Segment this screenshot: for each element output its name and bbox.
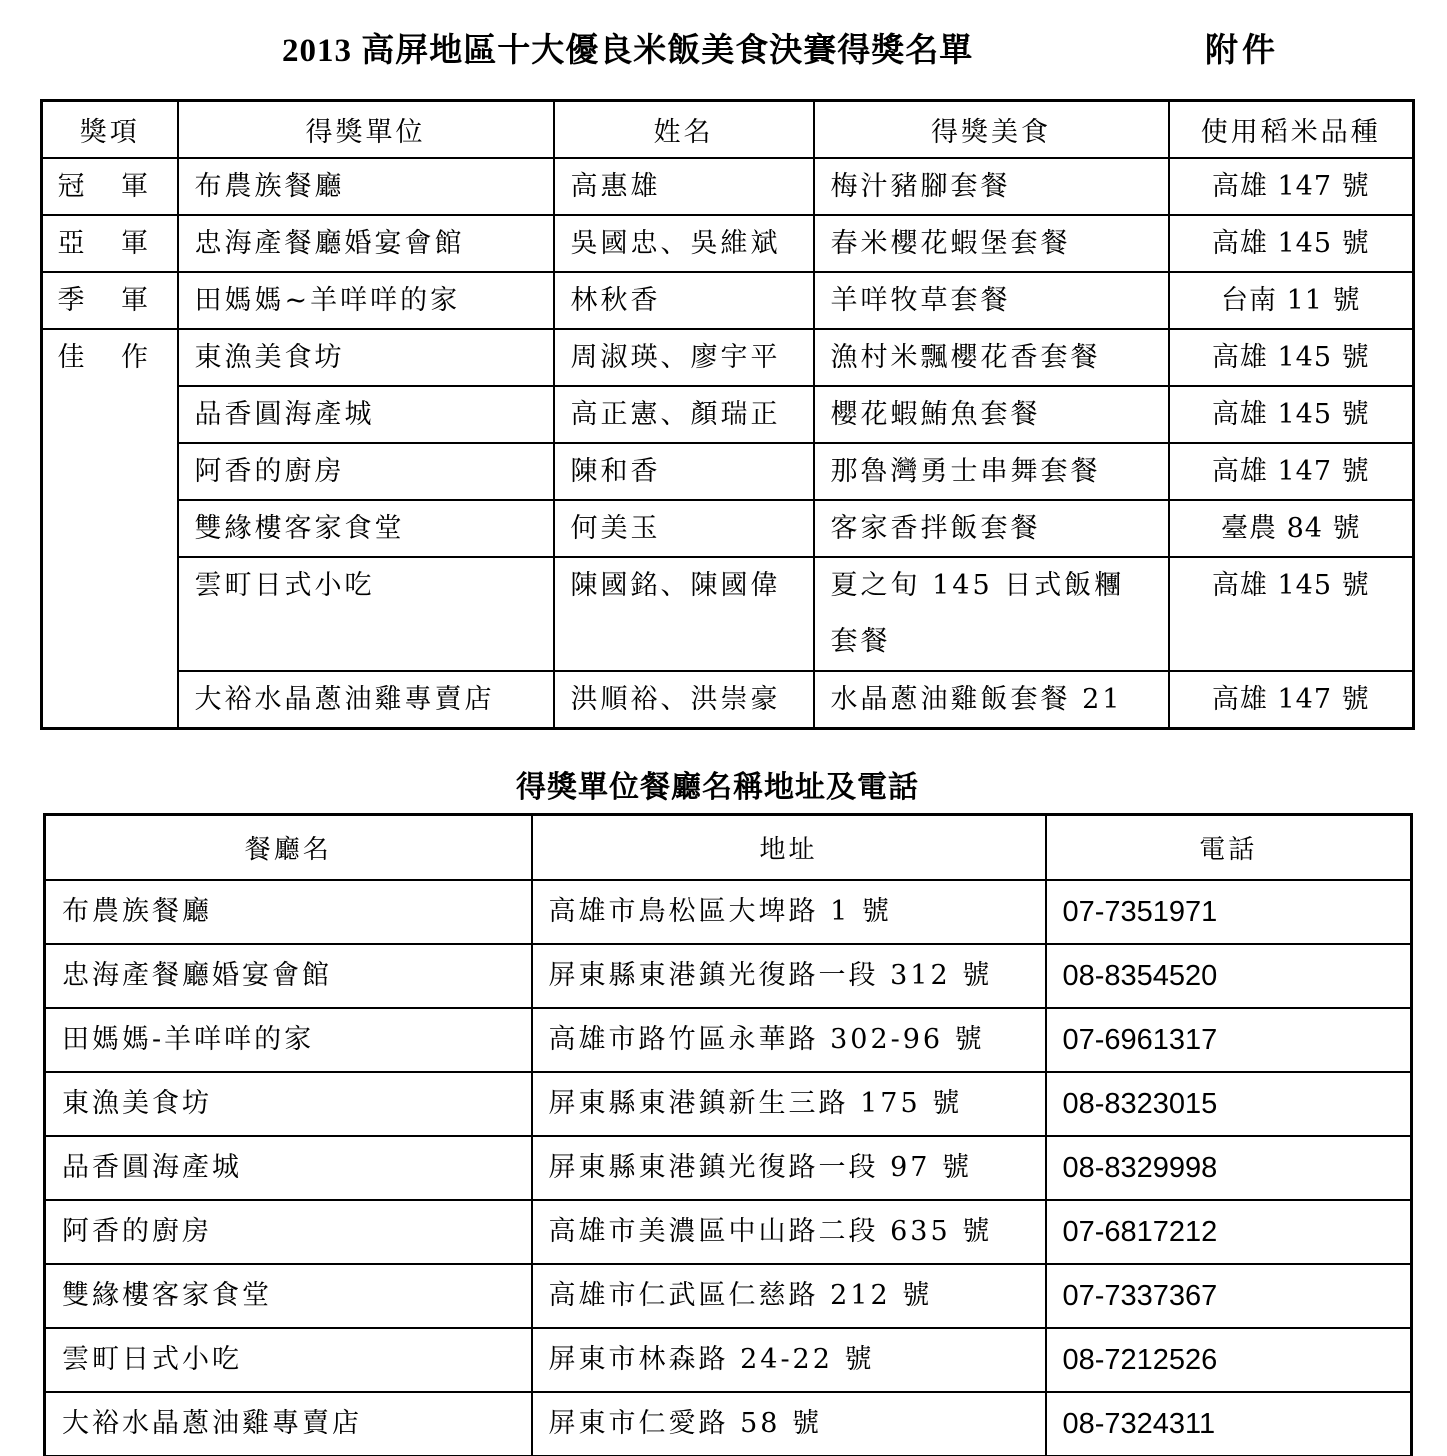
address-cell: 屏東縣東港鎮光復路一段 97 號 <box>532 1136 1046 1200</box>
unit-cell: 大裕水晶蔥油雞專賣店 <box>178 671 554 729</box>
restaurant-name-cell: 大裕水晶蔥油雞專賣店 <box>45 1392 532 1456</box>
unit-cell: 阿香的廚房 <box>178 443 554 500</box>
contacts-section-title: 得獎單位餐廳名稱地址及電話 <box>516 766 919 810</box>
contacts-table: 餐廳名 地址 電話 布農族餐廳 高雄市鳥松區大埤路 1 號 07-7351971… <box>43 813 1413 1456</box>
header-unit: 得獎單位 <box>178 101 554 159</box>
table-row: 田媽媽-羊咩咩的家 高雄市路竹區永華路 302-96 號 07-6961317 <box>45 1008 1412 1072</box>
unit-cell: 忠海產餐廳婚宴會館 <box>178 215 554 272</box>
restaurant-name-cell: 品香圓海產城 <box>45 1136 532 1200</box>
dish-cell: 漁村米飄櫻花香套餐 <box>814 329 1169 386</box>
names-cell: 洪順裕、洪崇豪 <box>554 671 814 729</box>
restaurant-name-cell: 阿香的廚房 <box>45 1200 532 1264</box>
table-row: 布農族餐廳 高雄市鳥松區大埤路 1 號 07-7351971 <box>45 880 1412 944</box>
dish-cell: 客家香拌飯套餐 <box>814 500 1169 557</box>
names-cell: 陳國銘、陳國偉 <box>554 557 814 671</box>
restaurant-name-cell: 田媽媽-羊咩咩的家 <box>45 1008 532 1072</box>
rice-cell: 高雄 147 號 <box>1169 443 1414 500</box>
phone-cell: 07-7337367 <box>1046 1264 1412 1328</box>
address-cell: 高雄市仁武區仁慈路 212 號 <box>532 1264 1046 1328</box>
award-cell-honorable-mention: 佳 作 <box>42 329 178 729</box>
header-restaurant-name: 餐廳名 <box>45 815 532 881</box>
dish-cell: 水晶蔥油雞飯套餐 21 <box>814 671 1169 729</box>
rice-cell: 臺農 84 號 <box>1169 500 1414 557</box>
document-title: 2013 高屏地區十大優良米飯美食決賽得獎名單 <box>282 26 973 76</box>
names-cell: 何美玉 <box>554 500 814 557</box>
address-cell: 高雄市鳥松區大埤路 1 號 <box>532 880 1046 944</box>
rice-cell: 高雄 145 號 <box>1169 386 1414 443</box>
header-rice: 使用稻米品種 <box>1169 101 1414 159</box>
dish-cell: 梅汁豬腳套餐 <box>814 158 1169 215</box>
names-cell: 吳國忠、吳維斌 <box>554 215 814 272</box>
restaurant-name-cell: 忠海產餐廳婚宴會館 <box>45 944 532 1008</box>
awards-header-row: 獎項 得獎單位 姓名 得獎美食 使用稻米品種 <box>42 101 1414 159</box>
names-cell: 高正憲、顏瑞正 <box>554 386 814 443</box>
table-row: 阿香的廚房 高雄市美濃區中山路二段 635 號 07-6817212 <box>45 1200 1412 1264</box>
rice-cell: 台南 11 號 <box>1169 272 1414 329</box>
table-row: 大裕水晶蔥油雞專賣店 洪順裕、洪崇豪 水晶蔥油雞飯套餐 21 高雄 147 號 <box>42 671 1414 729</box>
unit-cell: 雲町日式小吃 <box>178 557 554 671</box>
rice-cell: 高雄 145 號 <box>1169 329 1414 386</box>
attachment-label: 附件 <box>1205 26 1279 76</box>
phone-cell: 08-8329998 <box>1046 1136 1412 1200</box>
address-cell: 屏東市林森路 24-22 號 <box>532 1328 1046 1392</box>
table-row: 大裕水晶蔥油雞專賣店 屏東市仁愛路 58 號 08-7324311 <box>45 1392 1412 1456</box>
unit-cell: 布農族餐廳 <box>178 158 554 215</box>
header-award: 獎項 <box>42 101 178 159</box>
phone-cell: 08-7324311 <box>1046 1392 1412 1456</box>
header-address: 地址 <box>532 815 1046 881</box>
table-row: 品香圓海產城 屏東縣東港鎮光復路一段 97 號 08-8329998 <box>45 1136 1412 1200</box>
phone-cell: 08-7212526 <box>1046 1328 1412 1392</box>
rice-cell: 高雄 147 號 <box>1169 158 1414 215</box>
contacts-section-title-bar: 得獎單位餐廳名稱地址及電話 <box>0 766 1447 810</box>
award-cell: 冠 軍 <box>42 158 178 215</box>
unit-cell: 東漁美食坊 <box>178 329 554 386</box>
unit-cell: 田媽媽~羊咩咩的家 <box>178 272 554 329</box>
restaurant-name-cell: 雲町日式小吃 <box>45 1328 532 1392</box>
dish-cell: 那魯灣勇士串舞套餐 <box>814 443 1169 500</box>
restaurant-name-cell: 布農族餐廳 <box>45 880 532 944</box>
award-cell: 亞 軍 <box>42 215 178 272</box>
address-cell: 高雄市美濃區中山路二段 635 號 <box>532 1200 1046 1264</box>
phone-cell: 07-7351971 <box>1046 880 1412 944</box>
address-cell: 高雄市路竹區永華路 302-96 號 <box>532 1008 1046 1072</box>
awards-table: 獎項 得獎單位 姓名 得獎美食 使用稻米品種 冠 軍 布農族餐廳 高惠雄 梅汁豬… <box>40 99 1415 730</box>
names-cell: 林秋香 <box>554 272 814 329</box>
names-cell: 陳和香 <box>554 443 814 500</box>
table-row: 冠 軍 布農族餐廳 高惠雄 梅汁豬腳套餐 高雄 147 號 <box>42 158 1414 215</box>
dish-cell: 春米櫻花蝦堡套餐 <box>814 215 1169 272</box>
contacts-header-row: 餐廳名 地址 電話 <box>45 815 1412 881</box>
unit-cell: 雙緣樓客家食堂 <box>178 500 554 557</box>
phone-cell: 07-6817212 <box>1046 1200 1412 1264</box>
header-phone: 電話 <box>1046 815 1412 881</box>
names-cell: 高惠雄 <box>554 158 814 215</box>
unit-cell: 品香圓海產城 <box>178 386 554 443</box>
document-title-bar: 2013 高屏地區十大優良米飯美食決賽得獎名單 附件 <box>270 26 1330 76</box>
dish-cell: 櫻花蝦鮪魚套餐 <box>814 386 1169 443</box>
header-names: 姓名 <box>554 101 814 159</box>
table-row: 亞 軍 忠海產餐廳婚宴會館 吳國忠、吳維斌 春米櫻花蝦堡套餐 高雄 145 號 <box>42 215 1414 272</box>
table-row: 忠海產餐廳婚宴會館 屏東縣東港鎮光復路一段 312 號 08-8354520 <box>45 944 1412 1008</box>
table-row: 品香圓海產城 高正憲、顏瑞正 櫻花蝦鮪魚套餐 高雄 145 號 <box>42 386 1414 443</box>
header-dish: 得獎美食 <box>814 101 1169 159</box>
restaurant-name-cell: 東漁美食坊 <box>45 1072 532 1136</box>
rice-cell: 高雄 145 號 <box>1169 215 1414 272</box>
table-row: 佳 作 東漁美食坊 周淑瑛、廖宇平 漁村米飄櫻花香套餐 高雄 145 號 <box>42 329 1414 386</box>
table-row: 季 軍 田媽媽~羊咩咩的家 林秋香 羊咩牧草套餐 台南 11 號 <box>42 272 1414 329</box>
table-row: 雙緣樓客家食堂 高雄市仁武區仁慈路 212 號 07-7337367 <box>45 1264 1412 1328</box>
phone-cell: 08-8354520 <box>1046 944 1412 1008</box>
table-row: 雲町日式小吃 陳國銘、陳國偉 夏之旬 145 日式飯糰套餐 高雄 145 號 <box>42 557 1414 671</box>
rice-cell: 高雄 145 號 <box>1169 557 1414 671</box>
dish-cell: 夏之旬 145 日式飯糰套餐 <box>814 557 1169 671</box>
table-row: 阿香的廚房 陳和香 那魯灣勇士串舞套餐 高雄 147 號 <box>42 443 1414 500</box>
phone-cell: 08-8323015 <box>1046 1072 1412 1136</box>
award-cell: 季 軍 <box>42 272 178 329</box>
dish-cell: 羊咩牧草套餐 <box>814 272 1169 329</box>
table-row: 東漁美食坊 屏東縣東港鎮新生三路 175 號 08-8323015 <box>45 1072 1412 1136</box>
address-cell: 屏東縣東港鎮新生三路 175 號 <box>532 1072 1046 1136</box>
address-cell: 屏東市仁愛路 58 號 <box>532 1392 1046 1456</box>
table-row: 雲町日式小吃 屏東市林森路 24-22 號 08-7212526 <box>45 1328 1412 1392</box>
rice-cell: 高雄 147 號 <box>1169 671 1414 729</box>
table-row: 雙緣樓客家食堂 何美玉 客家香拌飯套餐 臺農 84 號 <box>42 500 1414 557</box>
address-cell: 屏東縣東港鎮光復路一段 312 號 <box>532 944 1046 1008</box>
phone-cell: 07-6961317 <box>1046 1008 1412 1072</box>
names-cell: 周淑瑛、廖宇平 <box>554 329 814 386</box>
restaurant-name-cell: 雙緣樓客家食堂 <box>45 1264 532 1328</box>
